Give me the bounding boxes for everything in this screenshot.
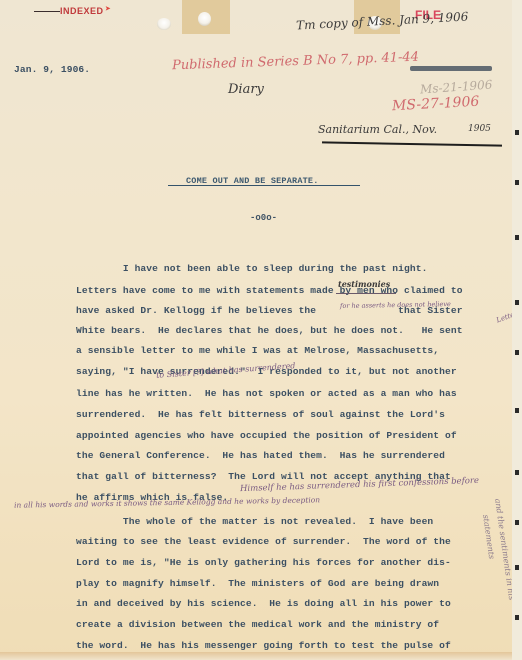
body-line: the word. He has his messenger going for… bbox=[76, 640, 451, 651]
right-margin-note-2: statements bbox=[481, 514, 496, 560]
body-line: surrendered. He has felt bitterness of s… bbox=[76, 409, 445, 420]
handwritten-diary: Diary bbox=[228, 82, 264, 97]
body-line: The whole of the matter is not revealed.… bbox=[76, 516, 433, 527]
body-line: create a division between the medical wo… bbox=[76, 619, 439, 630]
inserted-word: testimonies bbox=[338, 279, 390, 289]
section-ornament: -o0o- bbox=[250, 213, 277, 223]
scan-edge-strip bbox=[512, 0, 522, 660]
body-line: line has he written. He has not spoken o… bbox=[76, 388, 457, 399]
body-line: in and deceived by his science. He is do… bbox=[76, 598, 451, 609]
body-line: play to magnify himself. The ministers o… bbox=[76, 578, 439, 589]
punch-hole bbox=[198, 12, 211, 26]
body-line: appointed agencies who have occupied the… bbox=[76, 430, 457, 441]
document-page: INDEXED ➤ FILE Tm copy of Mss. Jan 9, 19… bbox=[0, 0, 512, 660]
header-underline bbox=[322, 141, 502, 146]
punch-hole bbox=[157, 18, 171, 30]
handwritten-location: Sanitarium Cal., Nov. bbox=[318, 123, 437, 136]
handwritten-ms-faint: Ms-21-1906 bbox=[420, 77, 493, 96]
body-line: a sensible letter to me while I was at M… bbox=[76, 345, 439, 356]
appended-note-2: in all his words and works it shows the … bbox=[14, 495, 320, 509]
indexed-stamp: INDEXED bbox=[60, 6, 104, 16]
redaction-mark bbox=[410, 66, 492, 71]
handwritten-ms-number: MS-27-1906 bbox=[392, 94, 480, 115]
body-line: Lord to me is, "He is only gathering his… bbox=[76, 557, 451, 568]
body-line: I have not been able to sleep during the… bbox=[76, 263, 427, 274]
body-line: White bears. He declares that he does, b… bbox=[76, 325, 463, 336]
body-line: the General Conference. He has hated the… bbox=[76, 450, 445, 461]
indexed-line bbox=[34, 11, 60, 12]
body-line: waiting to see the least evidence of sur… bbox=[76, 536, 451, 547]
arrow-icon: ➤ bbox=[105, 4, 111, 16]
body-line: Letters have come to me with statements … bbox=[76, 285, 463, 296]
document-date: Jan. 9, 1906. bbox=[14, 64, 90, 75]
interlinear-note-2: to Sister [?] what has surrendered bbox=[156, 361, 296, 380]
title-underline bbox=[168, 185, 360, 186]
strikethrough bbox=[336, 293, 396, 294]
handwritten-published-note: Published in Series B No 7, pp. 41-44 bbox=[172, 50, 419, 74]
page-bottom-edge bbox=[0, 652, 512, 660]
handwritten-year: 1905 bbox=[468, 124, 491, 134]
